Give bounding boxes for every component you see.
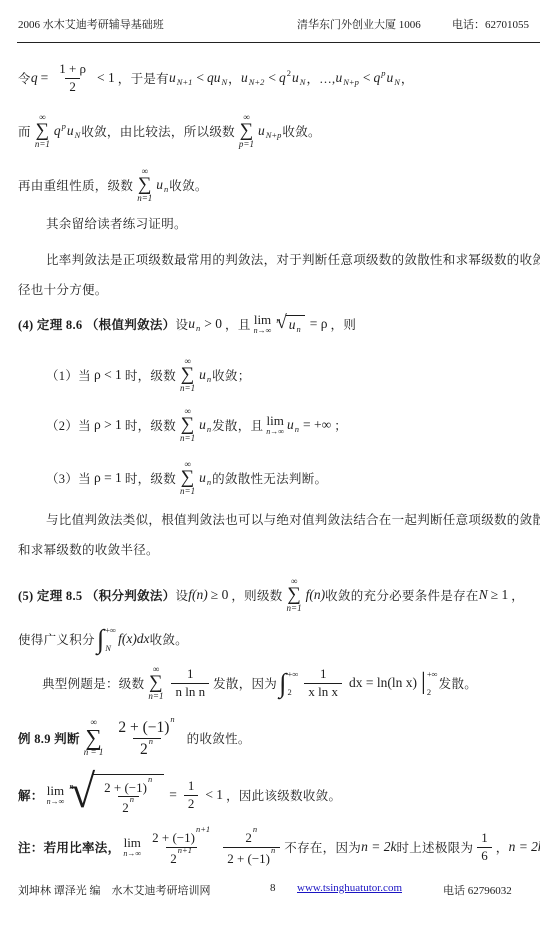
integral-upper-limit: +∞ (288, 670, 299, 679)
num-base: 2 (245, 830, 252, 845)
lim-subscript: n→∞ (266, 428, 284, 436)
theorem-title: (5) 定理 8.5 （积分判敛法） (18, 586, 175, 604)
superscript: n (130, 794, 134, 804)
fraction: 1 x ln x (304, 666, 342, 700)
text-run: 不存在，因为 (284, 838, 361, 856)
text-run: 时，级数 (125, 416, 176, 434)
operator: = (169, 787, 177, 803)
frac-denominator: x ln x (304, 683, 342, 700)
math-var: u (169, 70, 176, 86)
num-base: 2 + (−1) (152, 830, 195, 845)
text-run: ； (334, 416, 347, 434)
lim-subscript: n→∞ (47, 798, 65, 806)
sum-lower-limit: n=1 (180, 434, 195, 444)
math-run: ρ = 1 (94, 470, 122, 486)
integral-operator: ∫ +∞ 2 (279, 670, 298, 697)
operator: = +∞ (303, 417, 331, 433)
case-2-line: （2）当 ρ > 1 时，级数 ∞ ∑ n=1 un 发散，且 lim n→∞ … (46, 402, 347, 448)
math-var: u (387, 70, 394, 86)
limit-operator: lim n→∞ (266, 414, 284, 436)
proof-line-comparison: 而 ∞ ∑ n=1 qpuN 收敛，由比较法，所以级数 ∞ ∑ p=1 uN+p… (18, 107, 321, 155)
math-var: q (54, 123, 61, 139)
superscript: n+1 (196, 824, 210, 834)
math-run: dx = ln(ln x) (349, 675, 417, 691)
subscript: n (207, 477, 211, 487)
text-run: 发散。 (439, 674, 477, 692)
math-var: u (67, 123, 74, 139)
text-run: 收敛； (212, 366, 250, 384)
subscript: N (394, 77, 400, 87)
math-run: ρ > 1 (94, 417, 122, 433)
paragraph-root-test-b: 和求幂级数的收敛半径。 (18, 540, 159, 558)
nth-root: n √ un (276, 315, 304, 333)
text-run: 使得广义积分 (18, 630, 95, 648)
math-var: u (188, 316, 195, 332)
subscript: n (164, 184, 168, 194)
radical-icon: √ (69, 774, 95, 812)
sum-lower-limit: n=1 (180, 384, 195, 394)
math-var: u (199, 417, 206, 433)
frac-numerator: 2n (241, 827, 262, 846)
integral-upper-limit: +∞ (105, 626, 116, 635)
paragraph-ratio-test-a: 比率判敛法是正项级数最常用的判敛法，对于判断任意项级数的敛散性和求幂级数的收敛半 (46, 250, 540, 268)
text-run: ， (401, 69, 414, 87)
den-base: 2 + (−1) (227, 851, 270, 866)
subscript: n (207, 374, 211, 384)
den-base: 2 (170, 851, 177, 866)
math-run: n = 2k (361, 839, 396, 855)
sum-lower-limit: n=1 (287, 604, 302, 614)
math-var: f(n) (306, 587, 326, 603)
text-run: ， (511, 586, 524, 604)
subscript: N+1 (177, 77, 193, 87)
text-run: ，则级数 (231, 586, 282, 604)
sigma-icon: ∑ (85, 727, 101, 749)
sum-lower-limit: n=1 (35, 140, 50, 150)
lim-subscript: n→∞ (123, 850, 141, 858)
sigma-icon: ∑ (240, 122, 254, 140)
evaluation-limits: +∞ 2 (427, 670, 438, 696)
math-var: u (287, 417, 294, 433)
header-phone: 电话：62701055 (452, 16, 529, 32)
text-run: ， (496, 838, 509, 856)
sigma-icon: ∑ (36, 122, 50, 140)
math-run: ρ < 1 (94, 367, 122, 383)
math-var: u (335, 70, 342, 86)
text-run: 和求幂级数的收敛半径。 (18, 540, 159, 558)
sigma-icon: ∑ (181, 366, 195, 384)
header-course-title: 2006 水木艾迪考研辅导基础班 (18, 16, 164, 32)
sum-lower-limit: n=1 (137, 194, 152, 204)
superscript: n+1 (178, 845, 192, 855)
solution-line: 解： lim n→∞ n √ 2 + (−1)n 2n = 1 2 < 1 ，因… (18, 770, 341, 820)
math-var: q (31, 70, 38, 86)
subscript: N+p (266, 130, 282, 140)
lim-word: lim (47, 784, 64, 798)
summation-symbol: ∞ ∑ n=1 (287, 577, 302, 614)
document-page: 2006 水木艾迪考研辅导基础班 清华东门外创业大厦 1006 电话：62701… (0, 0, 540, 932)
example-label: 例 8.9 判断 (18, 729, 80, 747)
math-var: qu (207, 70, 221, 86)
frac-numerator: 1 (316, 666, 331, 682)
subscript: N (75, 130, 81, 140)
frac-denominator: 2n (118, 796, 139, 816)
limit-operator: lim n→∞ (254, 313, 272, 335)
subscript: n (295, 424, 299, 434)
math-var: f(n) (188, 587, 208, 603)
frac-numerator: 1 (477, 830, 492, 846)
sigma-icon: ∑ (149, 674, 163, 692)
exercise-note-line: 其余留给读者练习证明。 (46, 214, 187, 232)
theorem-title: (4) 定理 8.6 （根值判敛法） (18, 315, 175, 333)
text-run: 时上述极限为 (396, 838, 473, 856)
math-var: u (292, 70, 299, 86)
num-base: 2 + (−1) (104, 780, 147, 795)
text-run: 收敛。 (282, 122, 320, 140)
solution-label: 解： (18, 786, 44, 804)
text-run: （1）当 (46, 366, 91, 384)
summation-symbol: ∞ ∑ n=1 (180, 407, 195, 444)
footer-authors: 刘坤林 谭泽光 编 水木艾迪考研培训网 (18, 882, 211, 898)
frac-numerator: 1 (183, 666, 198, 682)
text-run: （3）当 (46, 469, 91, 487)
paragraph-root-test-a: 与比值判敛法类似，根值判敛法也可以与绝对值判敛法结合在一起判断任意项级数的敛散性 (46, 510, 540, 528)
text-run: ，因此该级数收敛。 (226, 786, 341, 804)
footer-phone: 电话 62796032 (443, 882, 512, 898)
header-address: 清华东门外创业大厦 1006 (297, 16, 421, 32)
page-number: 8 (270, 882, 276, 894)
integral-limits: +∞ 2 (288, 670, 299, 697)
lim-word: lim (124, 836, 141, 850)
text-run: 的收敛性。 (187, 729, 251, 747)
nth-root: n √ 2 + (−1)n 2n (69, 774, 164, 817)
lim-word: lim (266, 414, 283, 428)
frac-numerator: 2 + (−1)n (100, 777, 157, 796)
text-run: 与比值判敛法类似，根值判敛法也可以与绝对值判敛法结合在一起判断任意项级数的敛散性 (46, 510, 540, 528)
typical-example-line: 典型例题是：级数 ∞ ∑ n=1 1 n ln n 发散，因为 ∫ +∞ 2 1… (42, 662, 477, 704)
math-var: u (156, 177, 163, 193)
proof-line-regroup: 再由重组性质，级数 ∞ ∑ n=1 un 收敛。 (18, 161, 208, 209)
integral-operator: ∫ +∞ N (97, 626, 116, 653)
eval-upper-limit: +∞ (427, 670, 438, 679)
num-base: 2 + (−1) (118, 719, 169, 736)
text-run: 其余留给读者练习证明。 (46, 214, 187, 232)
superscript: p (381, 68, 385, 78)
fraction: 1 + ρ 2 (55, 61, 90, 95)
text-run: ，…, (306, 69, 335, 87)
frac-denominator: 6 (477, 847, 492, 864)
integral-icon: ∫ (279, 671, 286, 695)
math-var: q (374, 70, 381, 86)
evaluation-bar: | +∞ 2 (421, 670, 438, 696)
text-run: 径也十分方便。 (18, 280, 108, 298)
integral-limits: +∞ N (105, 626, 116, 653)
text-run: （2）当 (46, 416, 91, 434)
text-run: 而 (18, 122, 31, 140)
text-run: 时，级数 (125, 469, 176, 487)
text-run: 令 (18, 69, 31, 87)
text-run: ，于是有 (118, 69, 169, 87)
lim-subscript: n→∞ (254, 327, 272, 335)
root-index: n (69, 782, 73, 791)
sum-lower-limit: n=1 (148, 692, 163, 702)
frac-numerator: 1 + ρ (55, 61, 90, 77)
den-base: 2 (122, 800, 129, 815)
summation-symbol: ∞ ∑ n=1 (180, 460, 195, 497)
math-var: u (199, 367, 206, 383)
frac-denominator: 2 (65, 78, 80, 95)
summation-symbol: ∞ ∑ n=1 (35, 113, 50, 150)
fraction: 1 2 (184, 778, 199, 812)
footer-website-link[interactable]: www.tsinghuatutor.com (297, 882, 402, 894)
text-run: 设 (175, 586, 188, 604)
text-run: ，则 (331, 315, 357, 333)
math-var: u (199, 470, 206, 486)
subscript: N+2 (249, 77, 265, 87)
operator: ≥ 0 (211, 587, 229, 603)
math-var: u (289, 317, 296, 333)
root-index: n (276, 316, 280, 325)
operator: = (41, 70, 49, 86)
sigma-icon: ∑ (181, 469, 195, 487)
operator: < (196, 70, 204, 86)
limit-operator: lim n→∞ (47, 784, 65, 806)
remark-line: 注：若用比率法， lim n→∞ 2 + (−1)n+1 2n+1 2n 2 +… (18, 822, 540, 872)
superscript: n (148, 774, 152, 784)
text-run: 发散，因为 (213, 674, 277, 692)
fraction: 2 + (−1)n+1 2n+1 (148, 827, 215, 867)
superscript: p (62, 121, 66, 131)
limit-operator: lim n→∞ (123, 836, 141, 858)
lim-word: lim (254, 313, 271, 327)
theorem-8-5-heading: (5) 定理 8.5 （积分判敛法） 设 f(n) ≥ 0 ，则级数 ∞ ∑ n… (18, 572, 524, 618)
text-run: ， (228, 69, 241, 87)
text-run: 典型例题是：级数 (42, 674, 144, 692)
text-run: 收敛。 (169, 176, 207, 194)
text-run: 收敛的充分必要条件是存在 (325, 586, 479, 604)
operator: ≥ 1 (491, 587, 509, 603)
summation-symbol: ∞ ∑ p=1 (239, 113, 254, 150)
frac-numerator: 2 + (−1)n+1 (148, 827, 215, 846)
frac-denominator: n ln n (171, 683, 209, 700)
superscript: n (149, 736, 153, 746)
operator: > 0 (204, 316, 222, 332)
fraction: 1 6 (477, 830, 492, 864)
case-1-line: （1）当 ρ < 1 时，级数 ∞ ∑ n=1 un 收敛； (46, 352, 251, 398)
frac-denominator: 2 (184, 795, 199, 812)
fraction: 2 + (−1)n 2n (111, 717, 182, 759)
math-var: u (241, 70, 248, 86)
subscript: n (207, 424, 211, 434)
integral-lower-limit: N (105, 644, 116, 653)
text-run: 再由重组性质，级数 (18, 176, 133, 194)
proof-line-q-definition: 令 q = 1 + ρ 2 < 1 ，于是有 uN+1 < quN ， uN+2… (18, 57, 414, 99)
text-run: 收敛。 (150, 630, 188, 648)
case-3-line: （3）当 ρ = 1 时，级数 ∞ ∑ n=1 un 的敛散性无法判断。 (46, 455, 327, 501)
header-divider (17, 42, 540, 43)
subscript: N+p (343, 77, 359, 87)
superscript: n (253, 824, 257, 834)
summation-symbol: ∞ ∑ n = 1 (84, 718, 104, 759)
summation-symbol: ∞ ∑ n=1 (148, 665, 163, 702)
sum-lower-limit: n = 1 (84, 748, 104, 758)
superscript: n (271, 845, 275, 855)
math-var: q (279, 70, 286, 86)
math-run: n = 2k + 1 (509, 839, 540, 855)
text-run: 发散，且 (212, 416, 263, 434)
bar-icon: | (421, 672, 426, 694)
math-run: f(x)dx (118, 631, 149, 647)
example-8-9-line: 例 8.9 判断 ∞ ∑ n = 1 2 + (−1)n 2n 的收敛性。 (18, 712, 251, 764)
summation-symbol: ∞ ∑ n=1 (137, 167, 152, 204)
frac-numerator: 2 + (−1)n (111, 717, 182, 737)
text-run: 的敛散性无法判断。 (212, 469, 327, 487)
text-run: 时，级数 (125, 366, 176, 384)
superscript: 2 (287, 68, 291, 78)
text-run: ，且 (225, 315, 251, 333)
fraction: 2n 2 + (−1)n (223, 827, 280, 867)
math-var: N (479, 587, 488, 603)
eval-lower-limit: 2 (427, 688, 438, 697)
remark-label: 注：若用比率法， (18, 838, 120, 856)
radicand: 2 + (−1)n 2n (93, 774, 164, 817)
den-base: 2 (140, 741, 148, 758)
superscript: n (170, 714, 174, 724)
radicand: un (286, 315, 305, 333)
integral-lower-limit: 2 (288, 688, 299, 697)
frac-denominator: 2n (133, 738, 161, 759)
sigma-icon: ∑ (287, 586, 301, 604)
text-run: 收敛，由比较法，所以级数 (81, 122, 235, 140)
sum-lower-limit: n=1 (180, 487, 195, 497)
operator: = ρ (310, 316, 328, 332)
sum-lower-limit: p=1 (239, 140, 254, 150)
subscript: N (222, 77, 228, 87)
frac-denominator: 2 + (−1)n (223, 847, 280, 867)
operator: < 1 (205, 787, 223, 803)
integral-icon: ∫ (97, 627, 104, 651)
sigma-icon: ∑ (181, 416, 195, 434)
fraction: 2 + (−1)n 2n (100, 777, 157, 817)
summation-symbol: ∞ ∑ n=1 (180, 357, 195, 394)
subscript: N (300, 77, 306, 87)
operator: < (268, 70, 276, 86)
frac-denominator: 2n+1 (166, 847, 197, 867)
text-run: 设 (175, 315, 188, 333)
theorem-8-6-heading: (4) 定理 8.6 （根值判敛法） 设 un > 0 ，且 lim n→∞ n… (18, 305, 356, 343)
operator: < (363, 70, 371, 86)
paragraph-ratio-test-b: 径也十分方便。 (18, 280, 108, 298)
text-run: 比率判敛法是正项级数最常用的判敛法，对于判断任意项级数的敛散性和求幂级数的收敛半 (46, 250, 540, 268)
operator: < 1 (97, 70, 115, 86)
sigma-icon: ∑ (138, 176, 152, 194)
subscript: n (297, 324, 301, 334)
improper-integral-line: 使得广义积分 ∫ +∞ N f(x)dx 收敛。 (18, 622, 188, 656)
frac-numerator: 1 (184, 778, 199, 794)
subscript: n (196, 323, 200, 333)
math-var: u (258, 123, 265, 139)
fraction: 1 n ln n (171, 666, 209, 700)
